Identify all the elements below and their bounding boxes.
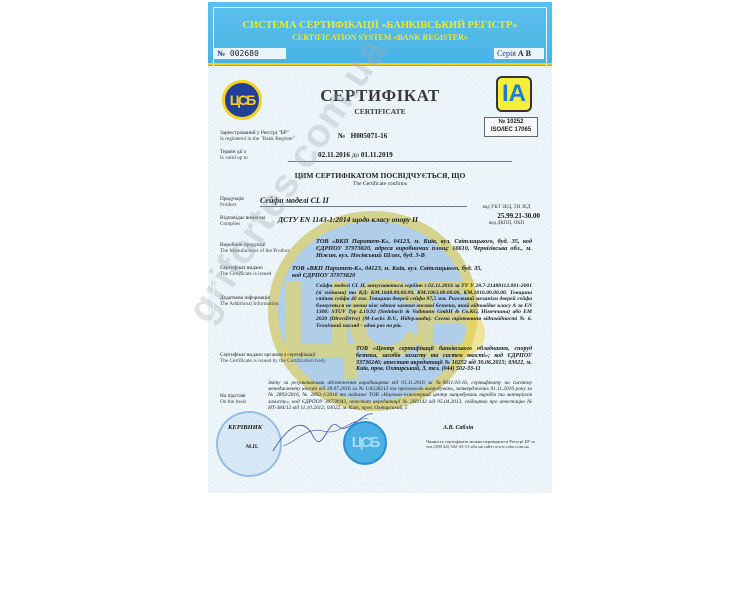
inner-border	[213, 7, 547, 488]
certificate: СИСТЕМА СЕРТИФІКАЦІЇ «БАНКІВСЬКИЙ РЕГІСТ…	[208, 2, 552, 493]
